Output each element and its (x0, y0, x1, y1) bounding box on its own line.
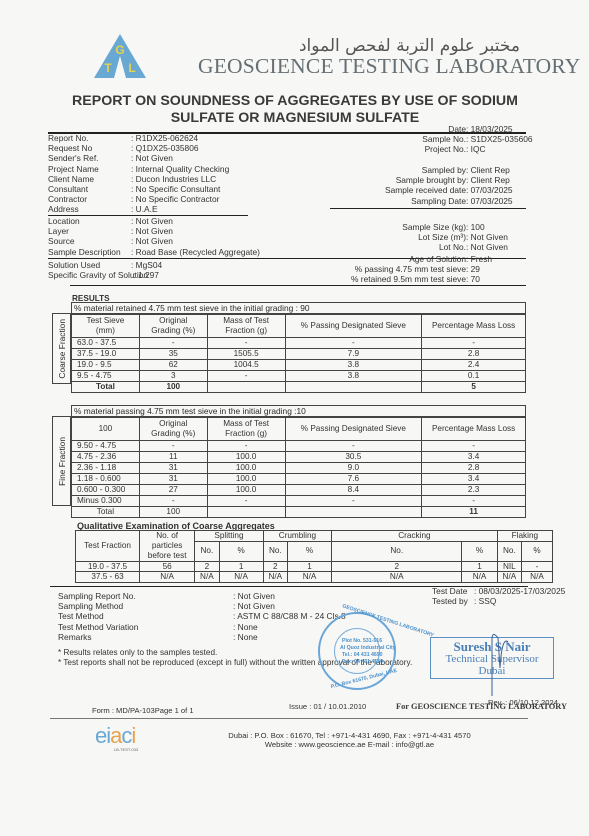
info-value: : No Specific Contractor (131, 194, 219, 204)
info-value: : Not Given (131, 226, 173, 236)
info-key: Source (48, 236, 131, 246)
column-header: Original Grading (%) (139, 314, 207, 338)
table-cell: 0.600 - 0.300 (72, 485, 140, 496)
info-value: : Not Given (131, 153, 173, 163)
sub-header: No. (263, 541, 287, 561)
info-value: : 1.297 (131, 270, 159, 280)
total-cell (285, 382, 422, 393)
group-header: Flaking (497, 531, 552, 542)
report-title: REPORT ON SOUNDNESS OF AGGREGATES BY USE… (70, 93, 520, 127)
fine-fraction-text: Fine Fraction (57, 437, 67, 486)
table-cell: 37.5 - 19.0 (72, 349, 140, 360)
info-value: : Fresh (466, 254, 526, 264)
table-cell: 31 (139, 463, 207, 474)
table-cell: 19.0 - 37.5 (76, 561, 140, 572)
table-cell: 3.4 (422, 474, 526, 485)
table-cell: 1.18 - 0.600 (72, 474, 140, 485)
table-cell: 2 (332, 561, 462, 572)
table-cell: N/A (263, 572, 287, 583)
info-value: : Not Given (131, 236, 173, 246)
info-row: Report No.: R1DX25-062624 (48, 133, 229, 143)
table-cell: 100.0 (207, 452, 285, 463)
stamp-line: Tel.: 04 431 4690 (342, 652, 383, 658)
svg-text:T: T (104, 61, 112, 75)
total-cell: 11 (422, 507, 526, 518)
info-value: : 100 (466, 222, 526, 232)
total-cell: Total (72, 382, 140, 393)
info-key: Layer (48, 226, 131, 236)
info-key: Lot Size (m³) (418, 232, 466, 242)
table-cell: 2.36 - 1.18 (72, 463, 140, 474)
total-cell (285, 507, 422, 518)
table-cell: NIL (497, 561, 521, 572)
table-cell: - (207, 338, 285, 349)
footer-address: Dubai : P.O. Box : 61670, Tel : +971-4-4… (0, 731, 589, 749)
group-header: Splitting (195, 531, 263, 542)
info-value: : Not Given (466, 242, 526, 252)
info-key: Report No. (48, 133, 131, 143)
info-value: : Not Given (233, 591, 275, 601)
table-cell: 9.5 - 4.75 (72, 371, 140, 382)
info-value: : 29 (466, 264, 526, 274)
svg-text:G: G (115, 43, 124, 57)
table-cell: 7.6 (285, 474, 422, 485)
info-right-block-4: Age of Solution: Fresh% passing 4.75 mm … (351, 254, 526, 285)
table-cell: 100.0 (207, 463, 285, 474)
svg-text:L: L (128, 61, 135, 75)
table-cell: - (139, 441, 207, 452)
table-cell: 1004.5 (207, 360, 285, 371)
info-row: Location: Not Given (48, 216, 260, 226)
lab-name: GEOSCIENCE TESTING LABORATORY (198, 54, 580, 79)
fine-fraction-label: Fine Fraction (52, 416, 71, 506)
table-cell: N/A (462, 572, 497, 583)
info-right-block: Date: 18/03/2025Sample No.: S1DX25-03560… (422, 124, 526, 155)
divider (70, 285, 526, 286)
stamp-line: Al Quoz Industrial City (340, 645, 396, 651)
info-row: Date: 18/03/2025 (422, 124, 526, 134)
info-row: Sample No.: S1DX25-035606 (422, 134, 526, 144)
info-row: Project Name: Internal Quality Checking (48, 164, 229, 174)
table-cell: 27 (139, 485, 207, 496)
table-cell: 1505.5 (207, 349, 285, 360)
info-key: Sender's Ref. (48, 153, 131, 163)
info-key: Sampled by (422, 165, 466, 175)
column-header: 100 (72, 417, 140, 441)
table-cell: N/A (332, 572, 462, 583)
table-cell: 1 (287, 561, 331, 572)
column-header: Percentage Mass Loss (422, 314, 526, 338)
table-cell: 2.3 (422, 485, 526, 496)
group-header: Cracking (332, 531, 498, 542)
info-left-block-3: Solution Used: MgS04Specific Gravity of … (48, 260, 162, 280)
info-key: Sample Size (kg) (402, 222, 466, 232)
table-cell: - (522, 561, 553, 572)
info-row: Address: U.A.E (48, 204, 229, 214)
table-row: 9.5 - 4.753-3.80.1 (72, 371, 526, 382)
group-header: Crumbling (263, 531, 331, 542)
info-value: : 70 (466, 274, 526, 284)
table-cell: 7.9 (285, 349, 422, 360)
table-cell: 100.0 (207, 474, 285, 485)
table-row: 37.5 - 19.0351505.57.92.8 (72, 349, 526, 360)
info-key: Date (448, 124, 466, 134)
info-value: : Internal Quality Checking (131, 164, 229, 174)
info-row: Consultant: No Specific Consultant (48, 184, 229, 194)
column-header: Test Fraction (76, 531, 140, 562)
table-cell: - (207, 371, 285, 382)
table-cell: 35 (139, 349, 207, 360)
info-value: : No Specific Consultant (131, 184, 220, 194)
info-row: Contractor: No Specific Contractor (48, 194, 229, 204)
table-row: 37.5 - 63N/AN/AN/AN/AN/AN/AN/AN/AN/A (76, 572, 553, 583)
table-cell: - (139, 496, 207, 507)
info-row: Tested by: SSQ (432, 596, 565, 606)
info-key: Sample No. (422, 134, 466, 144)
info-value: : Q1DX25-035806 (131, 143, 199, 153)
info-key: Lot No. (439, 242, 466, 252)
table-cell: 3 (139, 371, 207, 382)
lab-stamp: GEOSCIENCE TESTING LABORATORY Plot No. 5… (318, 612, 396, 690)
table-row: 2.36 - 1.1831100.09.02.8 (72, 463, 526, 474)
table-cell: N/A (195, 572, 219, 583)
sub-header: % (219, 541, 263, 561)
info-value: : 07/03/2025 (466, 196, 526, 206)
stamp-line: Fax: 04 431 4570 (342, 659, 383, 665)
info-key: Sample received date (385, 185, 466, 195)
total-row: Total1005 (72, 382, 526, 393)
coarse-fraction-label: Coarse Fraction (52, 313, 71, 384)
info-row: Solution Used: MgS04 (48, 260, 162, 270)
table-cell: N/A (287, 572, 331, 583)
info-value: : 18/03/2025 (466, 124, 526, 134)
table-cell: Minus 0.300 (72, 496, 140, 507)
info-row: Request No: Q1DX25-035806 (48, 143, 229, 153)
table-cell: 56 (140, 561, 195, 572)
table-cell: 31 (139, 474, 207, 485)
info-row: Client Name: Ducon Industries LLC (48, 174, 229, 184)
issue-number: Issue : 01 / 10.01.2010 (289, 702, 366, 711)
info-row: Test Method Variation: None (58, 622, 346, 632)
footer-web-line: Website : www.geoscience.ae E-mail : inf… (110, 740, 589, 749)
info-left-block: Report No.: R1DX25-062624Request No: Q1D… (48, 133, 229, 215)
title-line-1: REPORT ON SOUNDNESS OF AGGREGATES BY USE… (70, 93, 520, 110)
total-cell (207, 382, 285, 393)
table-cell: 1 (219, 561, 263, 572)
total-cell: 100 (139, 382, 207, 393)
info-value: : Ducon Industries LLC (131, 174, 216, 184)
footer-contact-line: Dubai : P.O. Box : 61670, Tel : +971-4-4… (110, 731, 589, 740)
table-cell: N/A (522, 572, 553, 583)
column-header: Original Grading (%) (139, 417, 207, 441)
info-value: : Not Given (131, 216, 173, 226)
info-row: Sampled by: Client Rep (385, 165, 526, 175)
info-left-block-2: Location: Not GivenLayer: Not GivenSourc… (48, 216, 260, 257)
info-key: Sample Description (48, 247, 131, 257)
method-block: Sampling Report No.: Not GivenSampling M… (58, 591, 346, 642)
total-row: Total10011 (72, 507, 526, 518)
info-row: Sample Description: Road Base (Recycled … (48, 247, 260, 257)
info-value: : None (233, 622, 258, 632)
info-key: Test Method Variation (58, 622, 233, 632)
table-cell: N/A (219, 572, 263, 583)
for-lab-label: For GEOSCIENCE TESTING LABORATORY (396, 702, 567, 711)
table-cell: 2 (263, 561, 287, 572)
info-key: Client Name (48, 174, 131, 184)
table-cell: 100.0 (207, 485, 285, 496)
info-row: Sampling Date: 07/03/2025 (385, 196, 526, 206)
table-row: 63.0 - 37.5---- (72, 338, 526, 349)
table-row: 9.50 - 4.75---- (72, 441, 526, 452)
info-row: Sample received date: 07/03/2025 (385, 185, 526, 195)
info-value: : Client Rep (466, 165, 526, 175)
table-row: 4.75 - 2.3611100.030.53.4 (72, 452, 526, 463)
info-value: : Road Base (Recycled Aggregate) (131, 247, 260, 257)
stamp-inner-ring (334, 628, 380, 674)
sub-header: % (462, 541, 497, 561)
table-row: Minus 0.300---- (72, 496, 526, 507)
table-cell: 2.8 (422, 463, 526, 474)
info-row: Sampling Report No.: Not Given (58, 591, 346, 601)
fine-fraction-table: 100Original Grading (%)Mass of Test Frac… (71, 416, 526, 518)
info-row: Sample brought by: Client Rep (385, 175, 526, 185)
sub-header: % (522, 541, 553, 561)
table-cell: 1 (462, 561, 497, 572)
info-value: : S1DX25-035606 (466, 134, 526, 144)
stamp-line: Plot No. 531-516 (342, 638, 382, 644)
column-header: Percentage Mass Loss (422, 417, 526, 441)
info-row: % retained 9.5m mm test sieve: 70 (351, 274, 526, 284)
info-right-block-2: Sampled by: Client RepSample brought by:… (385, 165, 526, 206)
arabic-lab-name: مختبر علوم التربة لفحص المواد (200, 36, 520, 56)
column-header: Mass of Test Fraction (g) (207, 417, 285, 441)
info-key: Specific Gravity of Solution (48, 270, 131, 280)
table-cell: 19.0 - 9.5 (72, 360, 140, 371)
info-row: Age of Solution: Fresh (351, 254, 526, 264)
info-key: Sample brought by (396, 175, 466, 185)
info-row: Test Date: 08/03/2025-17/03/2025 (432, 586, 565, 596)
qualitative-table: Test FractionNo. of particles before tes… (75, 530, 553, 583)
info-key: Address (48, 204, 131, 214)
table-cell: - (422, 338, 526, 349)
table-cell: - (285, 338, 422, 349)
info-right-block-3: Sample Size (kg): 100Lot Size (m³): Not … (402, 222, 526, 253)
column-header: % Passing Designated Sieve (285, 417, 422, 441)
info-key: Test Date (432, 586, 474, 596)
info-value: : 08/03/2025-17/03/2025 (474, 586, 565, 596)
test-info-block: Test Date: 08/03/2025-17/03/2025Tested b… (432, 586, 565, 606)
total-cell: 100 (139, 507, 207, 518)
coarse-fraction-text: Coarse Fraction (57, 319, 67, 379)
sub-header: No. (497, 541, 521, 561)
info-value: : Not Given (233, 601, 275, 611)
table-cell: - (285, 496, 422, 507)
table-cell: - (285, 441, 422, 452)
table-cell: N/A (497, 572, 521, 583)
table-cell: 3.8 (285, 371, 422, 382)
info-value: : MgS04 (131, 260, 162, 270)
info-value: : U.A.E (131, 204, 158, 214)
info-key: Tested by (432, 596, 474, 606)
info-row: Specific Gravity of Solution : 1.297 (48, 270, 162, 280)
gtl-logo: G T L (94, 34, 146, 78)
table-cell: 37.5 - 63 (76, 572, 140, 583)
info-key: % retained 9.5m mm test sieve (351, 274, 466, 284)
column-header: Test Sieve (mm) (72, 314, 140, 338)
table-cell: 30.5 (285, 452, 422, 463)
table-cell: N/A (140, 572, 195, 583)
info-key: Project Name (48, 164, 131, 174)
table-cell: - (207, 441, 285, 452)
info-row: Sample Size (kg): 100 (402, 222, 526, 232)
column-header: No. of particles before test (140, 531, 195, 562)
info-key: Consultant (48, 184, 131, 194)
sub-header: No. (332, 541, 462, 561)
table-cell: - (207, 496, 285, 507)
info-row: Test Method: ASTM C 88/C88 M - 24 Cls.8 (58, 611, 346, 621)
table-cell: 8.4 (285, 485, 422, 496)
divider (330, 208, 526, 209)
info-key: Sampling Method (58, 601, 233, 611)
coarse-fraction-table: Test Sieve (mm)Original Grading (%)Mass … (71, 313, 526, 393)
sub-header: No. (195, 541, 219, 561)
table-cell: 0.1 (422, 371, 526, 382)
table-cell: 62 (139, 360, 207, 371)
table-cell: 2.4 (422, 360, 526, 371)
table-cell: 2.8 (422, 349, 526, 360)
info-value: : IQC (466, 144, 526, 154)
info-value: : ASTM C 88/C88 M - 24 Cls.8 (233, 611, 346, 621)
table-cell: - (422, 496, 526, 507)
table-cell: 9.50 - 4.75 (72, 441, 140, 452)
info-value: : None (233, 632, 258, 642)
info-value: : Client Rep (466, 175, 526, 185)
info-value: : R1DX25-062624 (131, 133, 198, 143)
form-number: Form : MD/PA-103Page 1 of 1 (92, 706, 194, 715)
info-key: Test Method (58, 611, 233, 621)
table-cell: 4.75 - 2.36 (72, 452, 140, 463)
info-key: % passing 4.75 mm test sieve (355, 264, 466, 274)
info-key: Sampling Report No. (58, 591, 233, 601)
table-cell: 2 (195, 561, 219, 572)
info-key: Contractor (48, 194, 131, 204)
info-key: Age of Solution (409, 254, 466, 264)
info-row: Lot No.: Not Given (402, 242, 526, 252)
info-key: Project No. (425, 144, 466, 154)
info-row: % passing 4.75 mm test sieve: 29 (351, 264, 526, 274)
info-key: Solution Used (48, 260, 131, 270)
info-key: Sampling Date (411, 196, 466, 206)
info-row: Layer: Not Given (48, 226, 260, 236)
signature-scribble (492, 628, 494, 694)
sub-header: % (287, 541, 331, 561)
table-cell: 11 (139, 452, 207, 463)
table-cell: 3.4 (422, 452, 526, 463)
info-row: Sender's Ref.: Not Given (48, 153, 229, 163)
table-row: 19.0 - 9.5621004.53.82.4 (72, 360, 526, 371)
total-cell: Total (72, 507, 140, 518)
table-cell: 63.0 - 37.5 (72, 338, 140, 349)
table-row: 1.18 - 0.60031100.07.63.4 (72, 474, 526, 485)
info-key: Request No (48, 143, 131, 153)
info-row: Lot Size (m³): Not Given (402, 232, 526, 242)
info-key: Remarks (58, 632, 233, 642)
info-row: Source: Not Given (48, 236, 260, 246)
table-cell: 3.8 (285, 360, 422, 371)
info-row: Sampling Method: Not Given (58, 601, 346, 611)
table-row: 0.600 - 0.30027100.08.42.3 (72, 485, 526, 496)
divider (50, 718, 528, 719)
table-row: 19.0 - 37.556212121NIL- (76, 561, 553, 572)
total-cell (207, 507, 285, 518)
table-cell: - (139, 338, 207, 349)
info-row: Project No.: IQC (422, 144, 526, 154)
info-value: : SSQ (474, 596, 496, 606)
total-cell: 5 (422, 382, 526, 393)
table-cell: 9.0 (285, 463, 422, 474)
info-row: Remarks: None (58, 632, 346, 642)
table-cell: - (422, 441, 526, 452)
info-key: Location (48, 216, 131, 226)
info-value: : Not Given (466, 232, 526, 242)
column-header: % Passing Designated Sieve (285, 314, 422, 338)
column-header: Mass of Test Fraction (g) (207, 314, 285, 338)
info-value: : 07/03/2025 (466, 185, 526, 195)
